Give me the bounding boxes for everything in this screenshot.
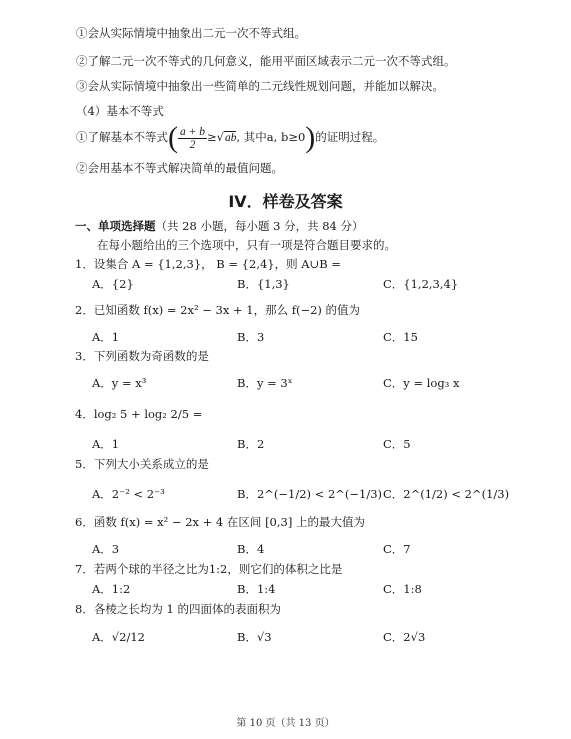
q8-option-b[interactable]: B．√3: [237, 629, 272, 645]
q7-option-c[interactable]: C．1:8: [383, 581, 422, 597]
condition-text: , 其中a, b≥0: [236, 130, 305, 144]
fraction-a-plus-b-over-2: a + b2: [178, 126, 207, 151]
q8-option-a[interactable]: A．√2/12: [92, 629, 145, 645]
q5-option-c[interactable]: C．2^(1/2) < 2^(1/3): [383, 486, 509, 502]
question-stem: 已知函数 f(x) = 2x² − 3x + 1，那么 f(−2) 的值为: [94, 303, 360, 317]
syllabus-line-2: ②了解二元一次不等式的几何意义，能用平面区域表示二元一次不等式组。: [76, 53, 456, 69]
question-8: 8．各棱之长均为 1 的四面体的表面积为: [75, 601, 281, 617]
syllabus-line-last: ②会用基本不等式解决简单的最值问题。: [76, 160, 283, 176]
question-2: 2．已知函数 f(x) = 2x² − 3x + 1，那么 f(−2) 的值为: [75, 302, 360, 318]
q4-option-c[interactable]: C．5: [383, 436, 411, 452]
basic-ineq-prefix: ①了解基本不等式: [76, 130, 168, 144]
syllabus-line-1: ①会从实际情境中抽象出二元一次不等式组。: [76, 25, 306, 41]
q2-option-b[interactable]: B．3: [237, 329, 264, 345]
question-number: 8．: [75, 602, 94, 616]
question-3: 3．下列函数为奇函数的是: [75, 348, 209, 364]
question-4: 4．log₂ 5 + log₂ 2/5 =: [75, 406, 202, 422]
fraction-numerator: a + b: [178, 126, 207, 139]
question-stem: log₂ 5 + log₂ 2/5 =: [94, 407, 203, 421]
paren-right: ): [305, 121, 315, 154]
part1-instruction: 在每小题给出的三个选项中，只有一项是符合题目要求的。: [97, 237, 396, 253]
question-stem: 下列函数为奇函数的是: [94, 349, 209, 363]
q1-option-a[interactable]: A．{2}: [92, 276, 134, 292]
q6-option-b[interactable]: B．4: [237, 541, 264, 557]
question-6: 6．函数 f(x) = x² − 2x + 4 在区间 [0,3] 上的最大值为: [75, 514, 365, 530]
q2-option-c[interactable]: C．15: [383, 329, 418, 345]
question-number: 5．: [75, 457, 94, 471]
section-title: IV．样卷及答案: [0, 189, 571, 212]
q6-option-a[interactable]: A．3: [92, 541, 119, 557]
question-stem: 若两个球的半径之比为1:2，则它们的体积之比是: [94, 562, 343, 576]
q5-option-a[interactable]: A．2⁻² < 2⁻³: [92, 486, 165, 502]
page-footer: 第 10 页（共 13 页）: [0, 714, 571, 729]
question-7: 7．若两个球的半径之比为1:2，则它们的体积之比是: [75, 561, 342, 577]
geq-symbol: ≥: [207, 130, 217, 144]
question-stem: 设集合 A = {1,2,3}， B = {2,4}，则 A∪B =: [94, 257, 341, 271]
question-5: 5．下列大小关系成立的是: [75, 456, 209, 472]
question-stem: 函数 f(x) = x² − 2x + 4 在区间 [0,3] 上的最大值为: [94, 515, 365, 529]
q5-option-b[interactable]: B．2^(−1/2) < 2^(−1/3): [237, 486, 382, 502]
q6-option-c[interactable]: C．7: [383, 541, 411, 557]
part1-heading: 一、单项选择题: [75, 219, 156, 233]
q2-option-a[interactable]: A．1: [92, 329, 119, 345]
sqrt-ab: ab: [224, 131, 237, 144]
q3-option-a[interactable]: A．y = x³: [92, 375, 146, 391]
part1-heading-note: （共 28 小题，每小题 3 分，共 84 分）: [156, 219, 364, 233]
question-1: 1．设集合 A = {1,2,3}， B = {2,4}，则 A∪B =: [75, 256, 341, 272]
fraction-denominator: 2: [178, 139, 207, 151]
q4-option-a[interactable]: A．1: [92, 436, 119, 452]
question-number: 3．: [75, 349, 94, 363]
basic-inequality-line: ①了解基本不等式(a + b2≥√ab, 其中a, b≥0)的证明过程。: [76, 122, 384, 153]
paren-left: (: [168, 121, 178, 154]
q7-option-b[interactable]: B．1:4: [237, 581, 275, 597]
q8-option-c[interactable]: C．2√3: [383, 629, 425, 645]
part1-heading-line: 一、单项选择题（共 28 小题，每小题 3 分，共 84 分）: [75, 218, 364, 234]
q7-option-a[interactable]: A．1:2: [92, 581, 130, 597]
q1-option-b[interactable]: B．{1,3}: [237, 276, 290, 292]
q3-option-c[interactable]: C．y = log₃ x: [383, 375, 459, 391]
question-stem: 各棱之长均为 1 的四面体的表面积为: [94, 602, 281, 616]
question-number: 7．: [75, 562, 94, 576]
question-number: 2．: [75, 303, 94, 317]
question-number: 4．: [75, 407, 94, 421]
question-number: 1．: [75, 257, 94, 271]
syllabus-line-4: （4）基本不等式: [76, 103, 164, 119]
q4-option-b[interactable]: B．2: [237, 436, 264, 452]
q1-option-c[interactable]: C．{1,2,3,4}: [383, 276, 458, 292]
question-stem: 下列大小关系成立的是: [94, 457, 209, 471]
question-number: 6．: [75, 515, 94, 529]
syllabus-line-3: ③会从实际情境中抽象出一些简单的二元线性规划问题，并能加以解决。: [76, 78, 444, 94]
q3-option-b[interactable]: B．y = 3ˣ: [237, 375, 293, 391]
basic-ineq-suffix: 的证明过程。: [315, 130, 384, 144]
